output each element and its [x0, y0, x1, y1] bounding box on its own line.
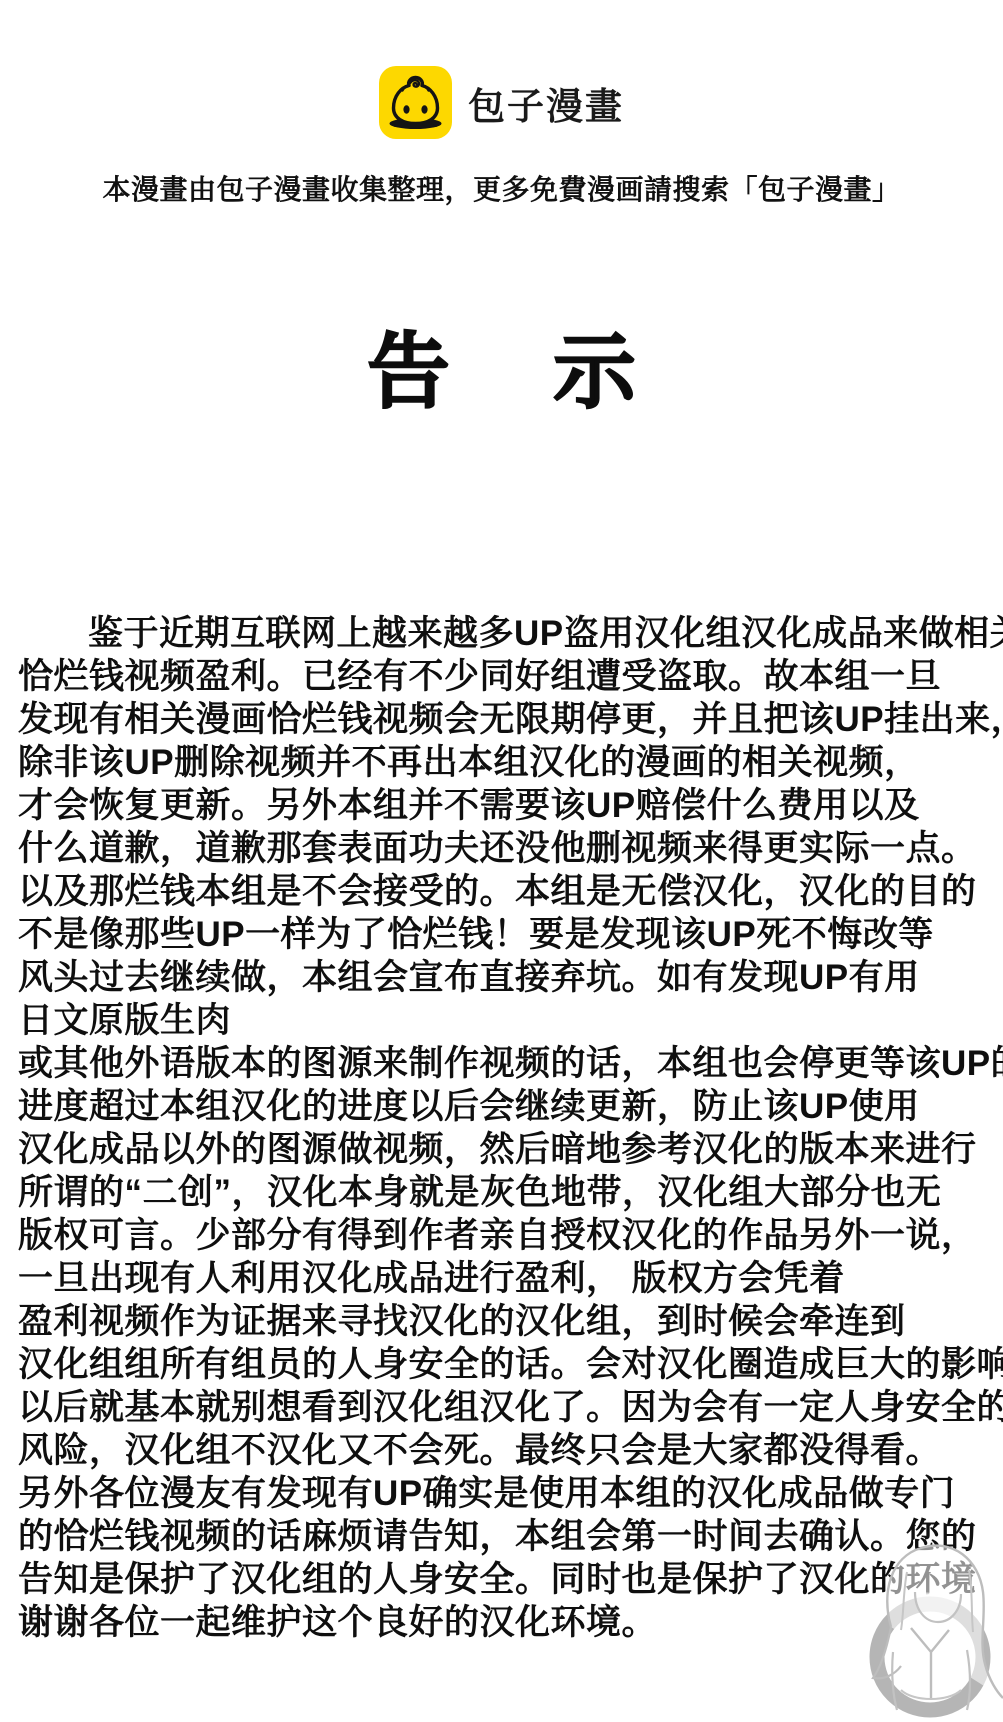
notice-body-line: 日文原版生肉: [18, 999, 1003, 1042]
notice-title-char-right: 示: [554, 332, 636, 414]
notice-body-line: 盈利视频作为证据来寻找汉化的汉化组，到时候会牵连到: [18, 1300, 1003, 1343]
notice-body-line: 发现有相关漫画恰烂钱视频会无限期停更，并且把该UP挂出来，: [18, 698, 1003, 741]
notice-title: 告 示: [0, 332, 1003, 414]
notice-body-line: 谢谢各位一起维护这个良好的汉化环境。: [18, 1601, 1003, 1644]
collection-tagline: 本漫畫由包子漫畫收集整理，更多免費漫画請搜索「包子漫畫」: [0, 168, 1003, 208]
brand-header: 包子漫畫: [0, 66, 1003, 139]
notice-body-line: 告知是保护了汉化组的人身安全。同时也是保护了汉化的环境: [18, 1558, 1003, 1601]
notice-body-line: 汉化组组所有组员的人身安全的话。会对汉化圈造成巨大的影响，: [18, 1343, 1003, 1386]
notice-body-line: 不是像那些UP一样为了恰烂钱！要是发现该UP死不悔改等: [18, 913, 1003, 956]
notice-body-line: 进度超过本组汉化的进度以后会继续更新，防止该UP使用: [18, 1085, 1003, 1128]
brand-name: 包子漫畫: [468, 76, 624, 130]
notice-body-line: 另外各位漫友有发现有UP确实是使用本组的汉化成品做专门: [18, 1472, 1003, 1515]
notice-body-line: 的恰烂钱视频的话麻烦请告知，本组会第一时间去确认。您的: [18, 1515, 1003, 1558]
notice-body-line: 什么道歉，道歉那套表面功夫还没他删视频来得更实际一点。: [18, 827, 1003, 870]
notice-body-line: 恰烂钱视频盈利。已经有不少同好组遭受盗取。故本组一旦: [18, 655, 1003, 698]
notice-body-line: 才会恢复更新。另外本组并不需要该UP赔偿什么费用以及: [18, 784, 1003, 827]
notice-body-line: 版权可言。少部分有得到作者亲自授权汉化的作品另外一说，: [18, 1214, 1003, 1257]
notice-body-line: 风险，汉化组不汉化又不会死。最终只会是大家都没得看。: [18, 1429, 1003, 1472]
notice-body: 鉴于近期互联网上越来越多UP盗用汉化组汉化成品来做相关恰烂钱视频盈利。已经有不少…: [18, 612, 1003, 1644]
notice-body-line: 所谓的“二创”，汉化本身就是灰色地带，汉化组大部分也无: [18, 1171, 1003, 1214]
notice-body-line: 一旦出现有人利用汉化成品进行盈利， 版权方会凭着: [18, 1257, 1003, 1300]
baozi-bun-icon: [379, 66, 452, 139]
notice-body-line: 以及那烂钱本组是不会接受的。本组是无偿汉化，汉化的目的: [18, 870, 1003, 913]
notice-body-line: 鉴于近期互联网上越来越多UP盗用汉化组汉化成品来做相关: [18, 612, 1003, 655]
notice-page: 包子漫畫 本漫畫由包子漫畫收集整理，更多免費漫画請搜索「包子漫畫」 告 示 鉴于…: [0, 0, 1003, 1722]
notice-body-line: 除非该UP删除视频并不再出本组汉化的漫画的相关视频，: [18, 741, 1003, 784]
notice-body-line: 汉化成品以外的图源做视频，然后暗地参考汉化的版本来进行: [18, 1128, 1003, 1171]
notice-body-line: 或其他外语版本的图源来制作视频的话，本组也会停更等该UP的: [18, 1042, 1003, 1085]
notice-body-line: 风头过去继续做，本组会宣布直接弃坑。如有发现UP有用: [18, 956, 1003, 999]
notice-body-line: 以后就基本就别想看到汉化组汉化了。因为会有一定人身安全的: [18, 1386, 1003, 1429]
notice-title-char-left: 告: [367, 332, 449, 414]
